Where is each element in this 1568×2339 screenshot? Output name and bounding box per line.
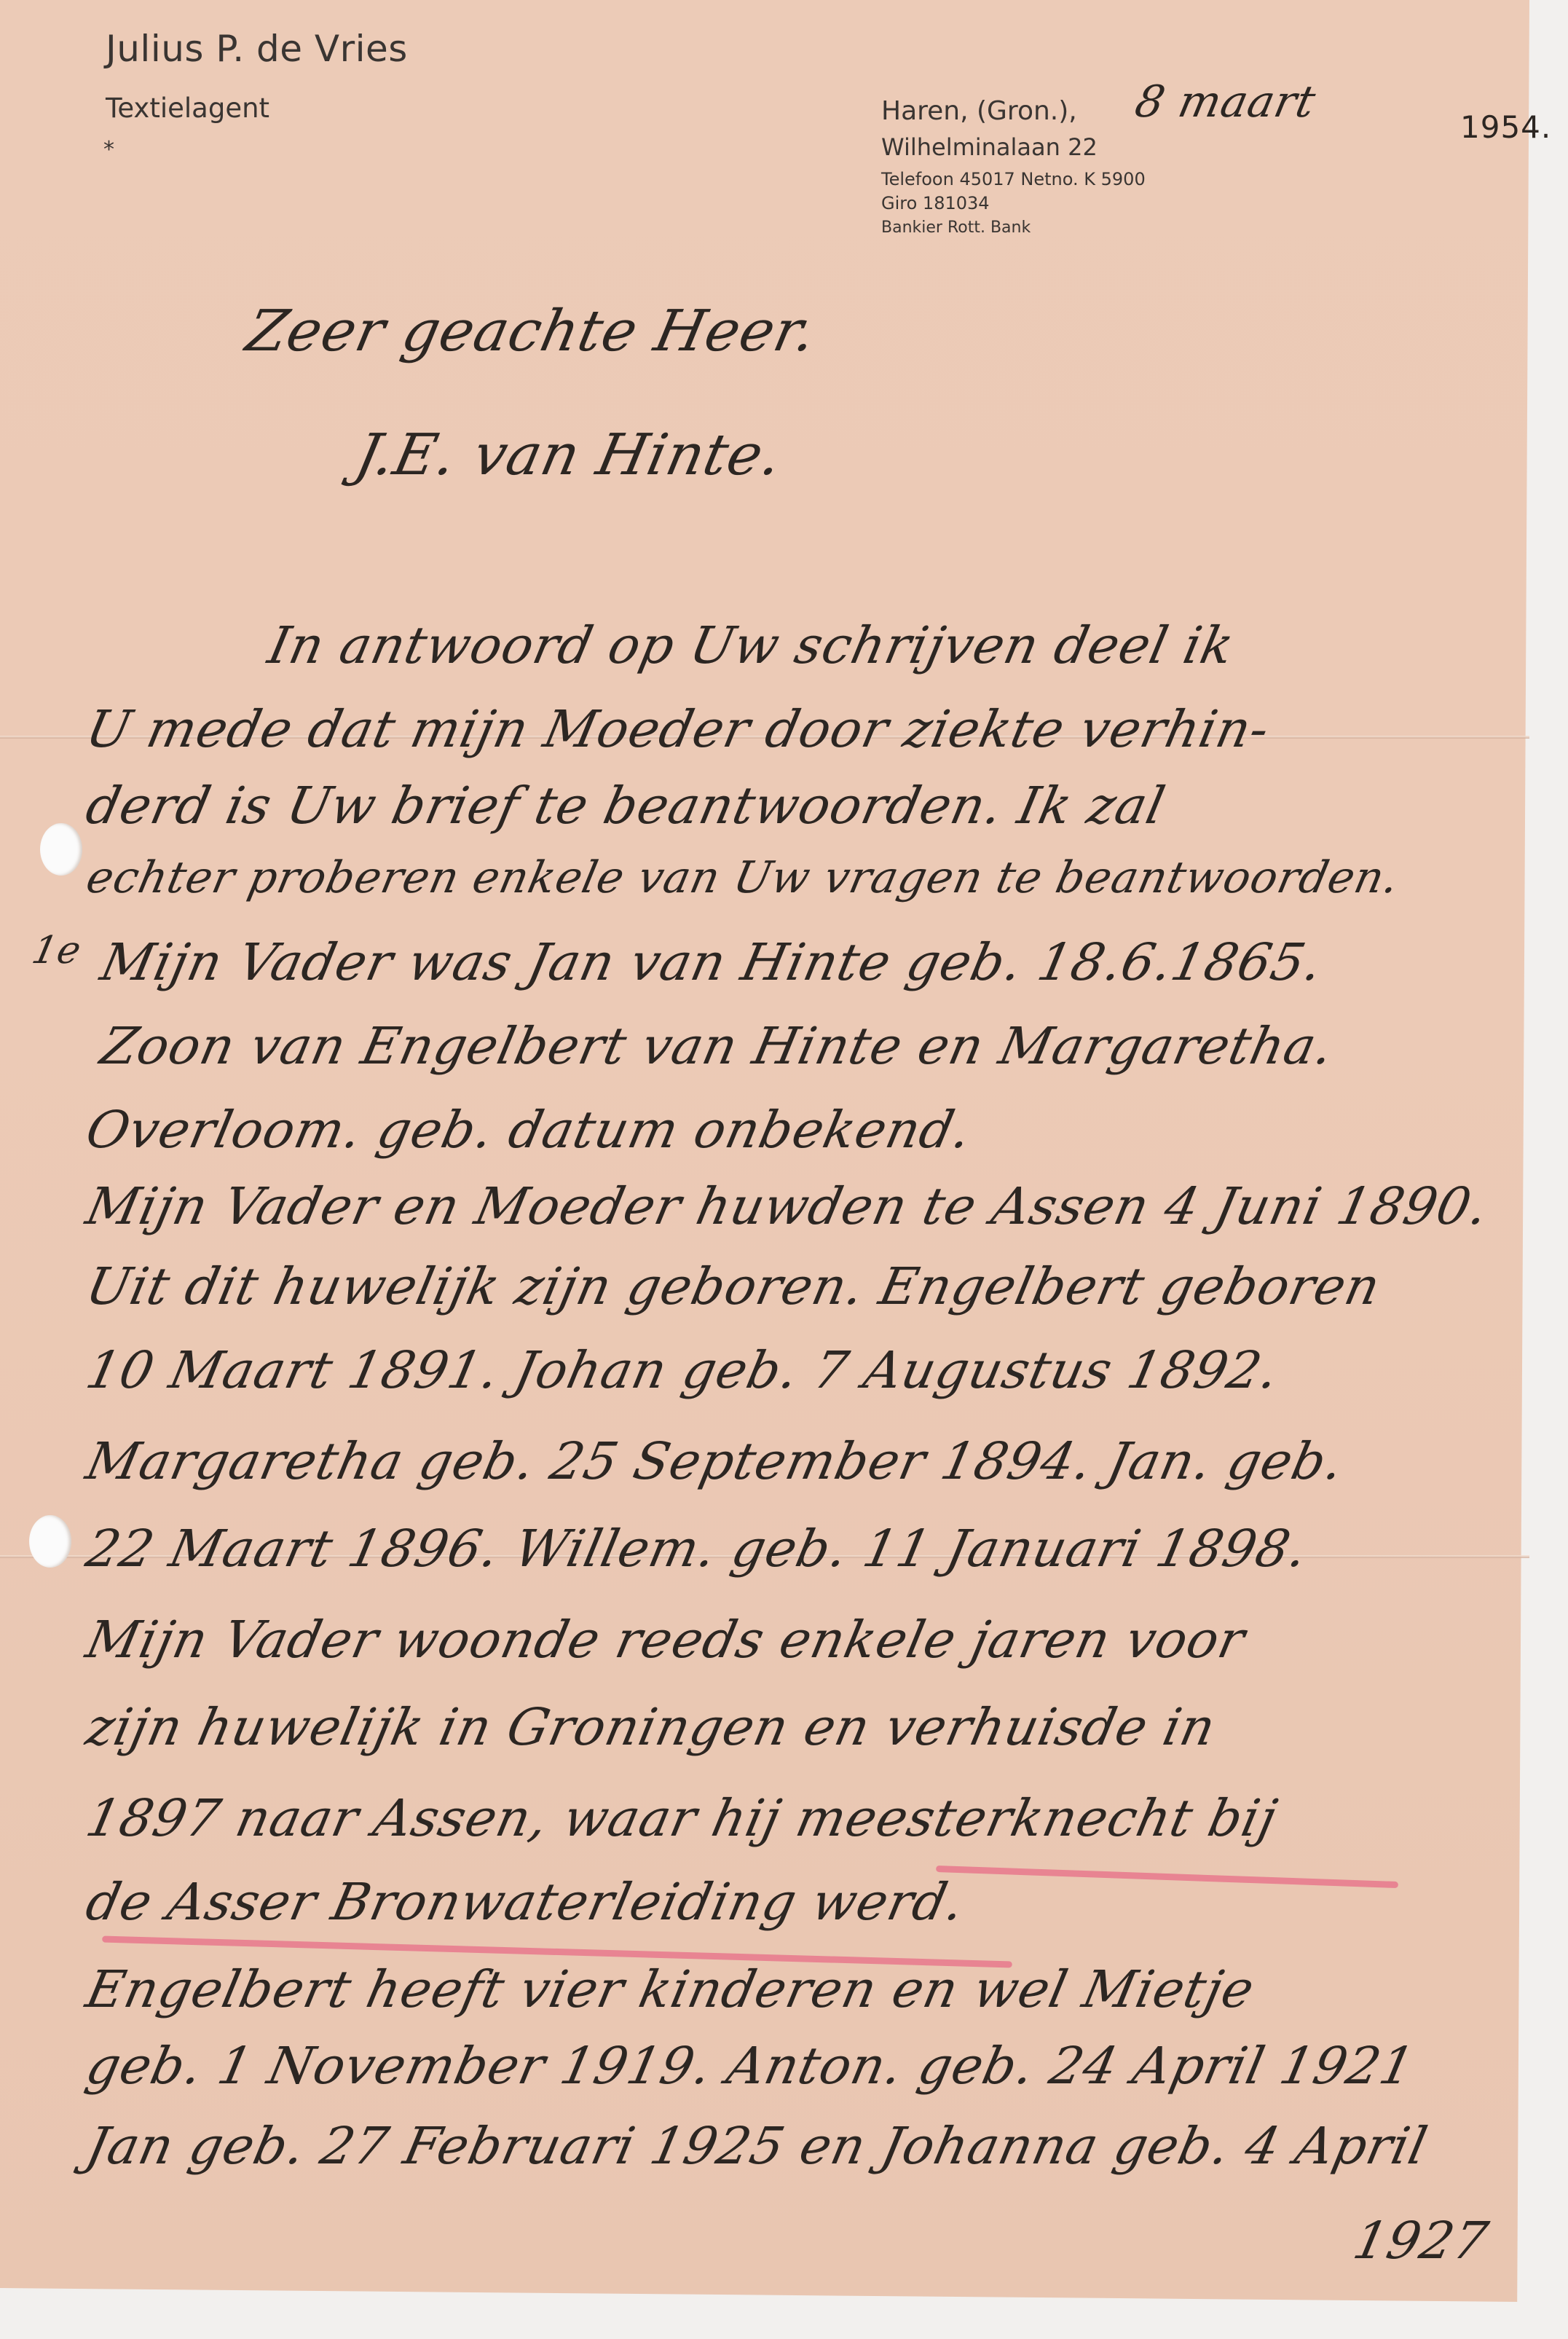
punch-hole [29,1515,71,1568]
letterhead-occupation: Textielagent [106,93,269,124]
letterhead-phone: Telefoon 45017 Netno. K 5900 [881,169,1146,189]
body-line: echter proberen enkele van Uw vragen te … [82,852,1404,903]
body-line: Uit dit huwelijk zijn geboren. Engelbert… [81,1257,1385,1316]
handwritten-date: 8 maart [1131,76,1320,127]
body-line: U mede dat mijn Moeder door ziekte verhi… [81,699,1275,759]
letterhead-giro: Giro 181034 [881,193,990,213]
salutation: Zeer geachte Heer. [240,299,822,364]
body-line: Jan geb. 27 Februari 1925 en Johanna geb… [81,2116,1433,2176]
body-line: zijn huwelijk in Groningen en verhuisde … [81,1697,1221,1757]
body-line: derd is Uw brief te beantwoorden. Ik zal [81,776,1170,836]
body-line: Zoon van Engelbert van Hinte en Margaret… [95,1016,1339,1076]
body-line: Margaretha geb. 25 September 1894. Jan. … [81,1431,1349,1491]
punch-hole [40,823,82,876]
letter-year: 1954. [1460,109,1551,145]
body-line: de Asser Bronwaterleiding werd. [81,1872,970,1932]
body-line: Engelbert heeft vier kinderen en wel Mie… [81,1959,1259,2019]
letterhead-street: Wilhelminalaan 22 [881,133,1098,161]
letterhead-ornament: * [103,137,114,162]
margin-note: 1e [28,929,86,972]
letterhead-name: Julius P. de Vries [106,28,408,70]
body-line: Overloom. geb. datum onbekend. [81,1100,977,1160]
body-line: 22 Maart 1896. Willem. geb. 11 Januari 1… [81,1519,1313,1579]
body-line: Mijn Vader woonde reeds enkele jaren voo… [81,1610,1250,1670]
body-line: In antwoord op Uw schrijven deel ik [263,616,1240,675]
body-line: geb. 1 November 1919. Anton. geb. 24 Apr… [81,2036,1419,2096]
body-line: 1897 naar Assen, waar hij meesterknecht … [81,1788,1283,1848]
letterhead-city: Haren, (Gron.), [881,96,1077,126]
body-line: Mijn Vader was Jan van Hinte geb. 18.6.1… [95,932,1328,992]
addressee: J.E. van Hinte. [350,422,788,488]
body-line: 1927 [1348,2211,1494,2271]
body-line: Mijn Vader en Moeder huwden te Assen 4 J… [81,1176,1494,1236]
letterhead-bank: Bankier Rott. Bank [881,219,1031,237]
body-line: 10 Maart 1891. Johan geb. 7 Augustus 189… [81,1340,1284,1400]
